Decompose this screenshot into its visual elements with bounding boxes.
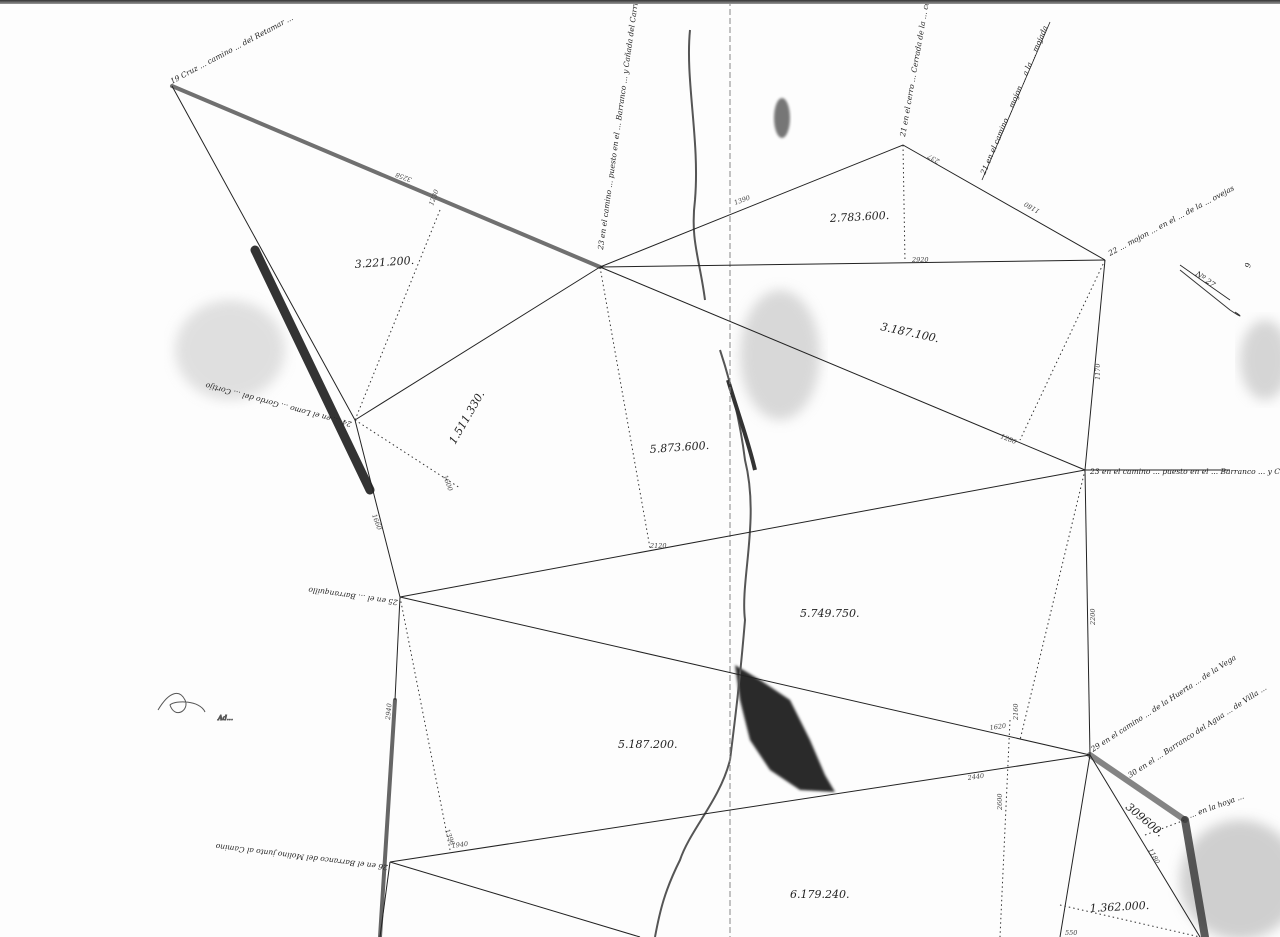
parcel-area-label: 5.873.600. — [649, 439, 709, 456]
svg-text:237: 237 — [926, 152, 942, 166]
paper-stains — [175, 98, 1280, 937]
marker-label: 30 en el ... Barranco del Agua ... de Vi… — [1126, 683, 1268, 780]
marker-label: 19 Cruz ... camino ... del Retamar ... — [169, 13, 295, 86]
marker-label: 23 en el camino ... puesto en el ... Bar… — [596, 0, 640, 251]
marker-label: 25 en el ... Barranquillo — [307, 585, 399, 607]
svg-text:2940: 2940 — [384, 703, 393, 721]
boundary-lines — [172, 86, 1230, 937]
map-top-edge — [0, 0, 1280, 4]
river-course — [655, 30, 755, 937]
map-drawing: 3.221.200. 1.511.330. 2.783.600. 3.187.1… — [0, 0, 1280, 937]
dotted-perpendiculars — [355, 145, 1200, 937]
svg-text:1390: 1390 — [733, 194, 751, 207]
svg-text:1396: 1396 — [443, 828, 456, 846]
marker-label: ... en la hoya ... — [1188, 792, 1246, 820]
marker-label: 26 en el Barranco del Molino junto al Ca… — [215, 842, 390, 872]
marker-label: 22 ... mojon ... en el ... de la ... ove… — [1106, 183, 1236, 258]
parcel-area-label: 6.179.240. — [790, 888, 849, 901]
svg-text:Ad...: Ad... — [217, 714, 233, 722]
svg-text:Nº 27: Nº 27 — [1193, 269, 1217, 290]
signature-mark: Ad... — [158, 693, 233, 722]
svg-text:1280: 1280 — [999, 432, 1017, 446]
boundary-road-heavy — [172, 86, 1205, 937]
svg-text:2440: 2440 — [966, 772, 984, 782]
svg-text:550: 550 — [1065, 929, 1077, 937]
svg-text:1180: 1180 — [1146, 847, 1161, 865]
parcel-area-label: 1.362.000. — [1089, 899, 1149, 915]
svg-text:2120: 2120 — [649, 542, 667, 550]
svg-text:2160: 2160 — [1012, 703, 1020, 721]
svg-text:1660: 1660 — [370, 513, 383, 531]
marker-label: 23 en el camino ... puesto en el ... Bar… — [1089, 467, 1280, 476]
marker-label: 29 en el camino ... de la Huerta ... de … — [1088, 653, 1237, 754]
svg-text:1600: 1600 — [441, 474, 454, 492]
survey-map: 3.221.200. 1.511.330. 2.783.600. 3.187.1… — [0, 0, 1280, 937]
stamp-mark: Nº 27 9 — [1180, 262, 1253, 316]
svg-text:2600: 2600 — [996, 793, 1004, 811]
parcel-area-label: 1.511.330. — [446, 388, 487, 446]
marker-label: 21 en el cerro ... Cerrada de la ... col… — [898, 0, 942, 138]
svg-text:2920: 2920 — [911, 256, 929, 264]
svg-text:9: 9 — [1243, 262, 1253, 268]
boundary-marker-labels: 19 Cruz ... camino ... del Retamar ... 2… — [169, 0, 1280, 872]
marker-leaders — [982, 22, 1230, 300]
svg-text:1170: 1170 — [1094, 363, 1102, 380]
parcel-area-label: 5.749.750. — [800, 607, 859, 620]
marker-label: 21 en el camino ... mojon ... a la ... m… — [978, 24, 1050, 176]
parcel-area-label: 3.221.200. — [354, 254, 414, 271]
parcel-area-label: 2.783.600. — [828, 209, 889, 225]
distance-measurements: 3258 1230 1390 237 1180 2920 1170 1280 1… — [370, 152, 1161, 937]
svg-text:1180: 1180 — [1023, 200, 1041, 215]
svg-text:2200: 2200 — [1089, 608, 1097, 626]
parcel-area-label: 3.187.100. — [879, 320, 940, 345]
parcel-area-label: 5.187.200. — [618, 738, 677, 751]
svg-text:1620: 1620 — [989, 722, 1006, 732]
